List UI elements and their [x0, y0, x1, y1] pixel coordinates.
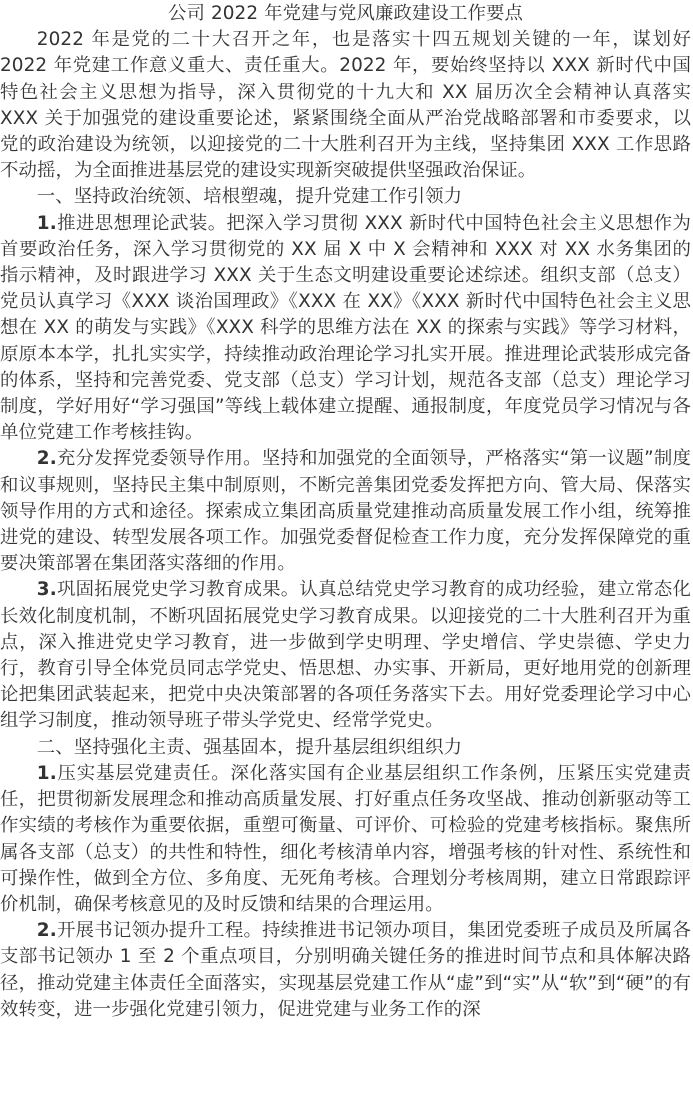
section-2-item-1: 1.压实基层党建责任。深化落实国有企业基层组织工作条例，压紧压实党建责任，把贯彻… — [0, 761, 691, 918]
section-2-item-2: 2.开展书记领办提升工程。持续推进书记领办项目，集团党委班子成员及所属各支部书记… — [0, 918, 691, 1023]
section-heading-1: 一、坚持政治统领、培根塑魂，提升党建工作引领力 — [0, 184, 691, 210]
item-number: 1. — [37, 763, 57, 784]
document-title: 公司 2022 年党建与党风廉政建设工作要点 — [0, 0, 691, 27]
section-1-item-3: 3.巩固拓展党史学习教育成果。认真总结党史学习教育的成功经验，建立常态化长效化制… — [0, 577, 691, 734]
section-1-item-2: 2.充分发挥党委领导作用。坚持和加强党的全面领导，严格落实“第一议题”制度和议事… — [0, 446, 691, 577]
section-1-item-1: 1.推进思想理论武装。把深入学习贯彻 XXX 新时代中国特色社会主义思想作为首要… — [0, 211, 691, 447]
item-text: 开展书记领办提升工程。持续推进书记领办项目，集团党委班子成员及所属各支部书记领办… — [0, 920, 691, 1020]
item-number: 1. — [37, 213, 57, 234]
item-text: 巩固拓展党史学习教育成果。认真总结党史学习教育的成功经验，建立常态化长效化制度机… — [0, 579, 691, 731]
document: 公司 2022 年党建与党风廉政建设工作要点 2022 年是党的二十大召开之年，… — [0, 0, 693, 1023]
section-heading-2: 二、坚持强化主责、强基固本，提升基层组织组织力 — [0, 735, 691, 761]
item-text: 推进思想理论武装。把深入学习贯彻 XXX 新时代中国特色社会主义思想作为首要政治… — [0, 213, 691, 444]
item-number: 2. — [37, 448, 57, 469]
item-text: 压实基层党建责任。深化落实国有企业基层组织工作条例，压紧压实党建责任，把贯彻新发… — [0, 763, 691, 915]
item-text: 充分发挥党委领导作用。坚持和加强党的全面领导，严格落实“第一议题”制度和议事规则… — [0, 448, 691, 574]
intro-paragraph: 2022 年是党的二十大召开之年，也是落实十四五规划关键的一年，谋划好 2022… — [0, 27, 691, 184]
item-number: 2. — [37, 920, 57, 941]
item-number: 3. — [37, 579, 57, 600]
